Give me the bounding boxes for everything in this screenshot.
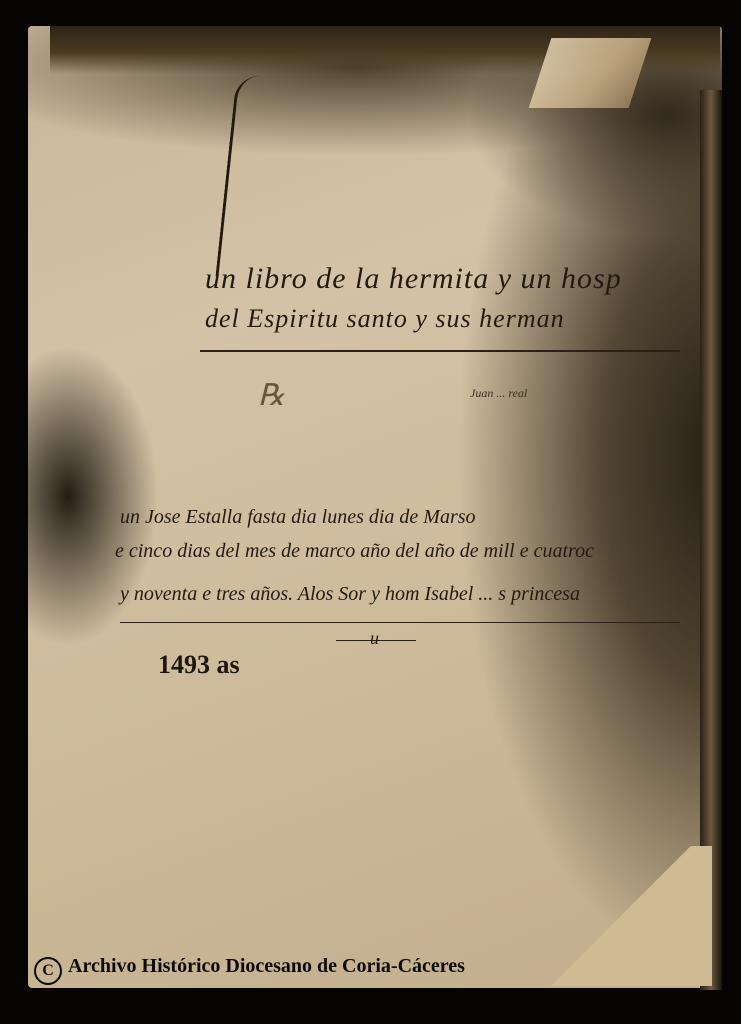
body-line-1: un Jose Estalla fasta dia lunes dia de M… [120, 506, 476, 529]
rubric-signature: ℞ [258, 378, 285, 413]
body-underline [120, 622, 680, 623]
title-line-1: un libro de la hermita y un hosp [205, 262, 622, 296]
archive-name: Archivo Histórico Diocesano de Coria-Các… [68, 955, 465, 977]
folio-mark: u [370, 628, 379, 649]
folded-corner-bottom [530, 846, 712, 986]
title-underline [200, 350, 680, 352]
title-line-2: del Espiritu santo y sus herman [205, 304, 565, 334]
copyright-icon: C [34, 957, 62, 985]
archive-watermark: CArchivo Histórico Diocesano de Coria-Cá… [34, 955, 465, 985]
body-line-3: y noventa e tres años. Alos Sor y hom Is… [120, 583, 580, 606]
body-line-2: e cinco dias del mes de marco año del añ… [115, 540, 594, 563]
year-annotation: 1493 as [158, 650, 240, 680]
marginal-note: Juan ... real [470, 386, 527, 401]
